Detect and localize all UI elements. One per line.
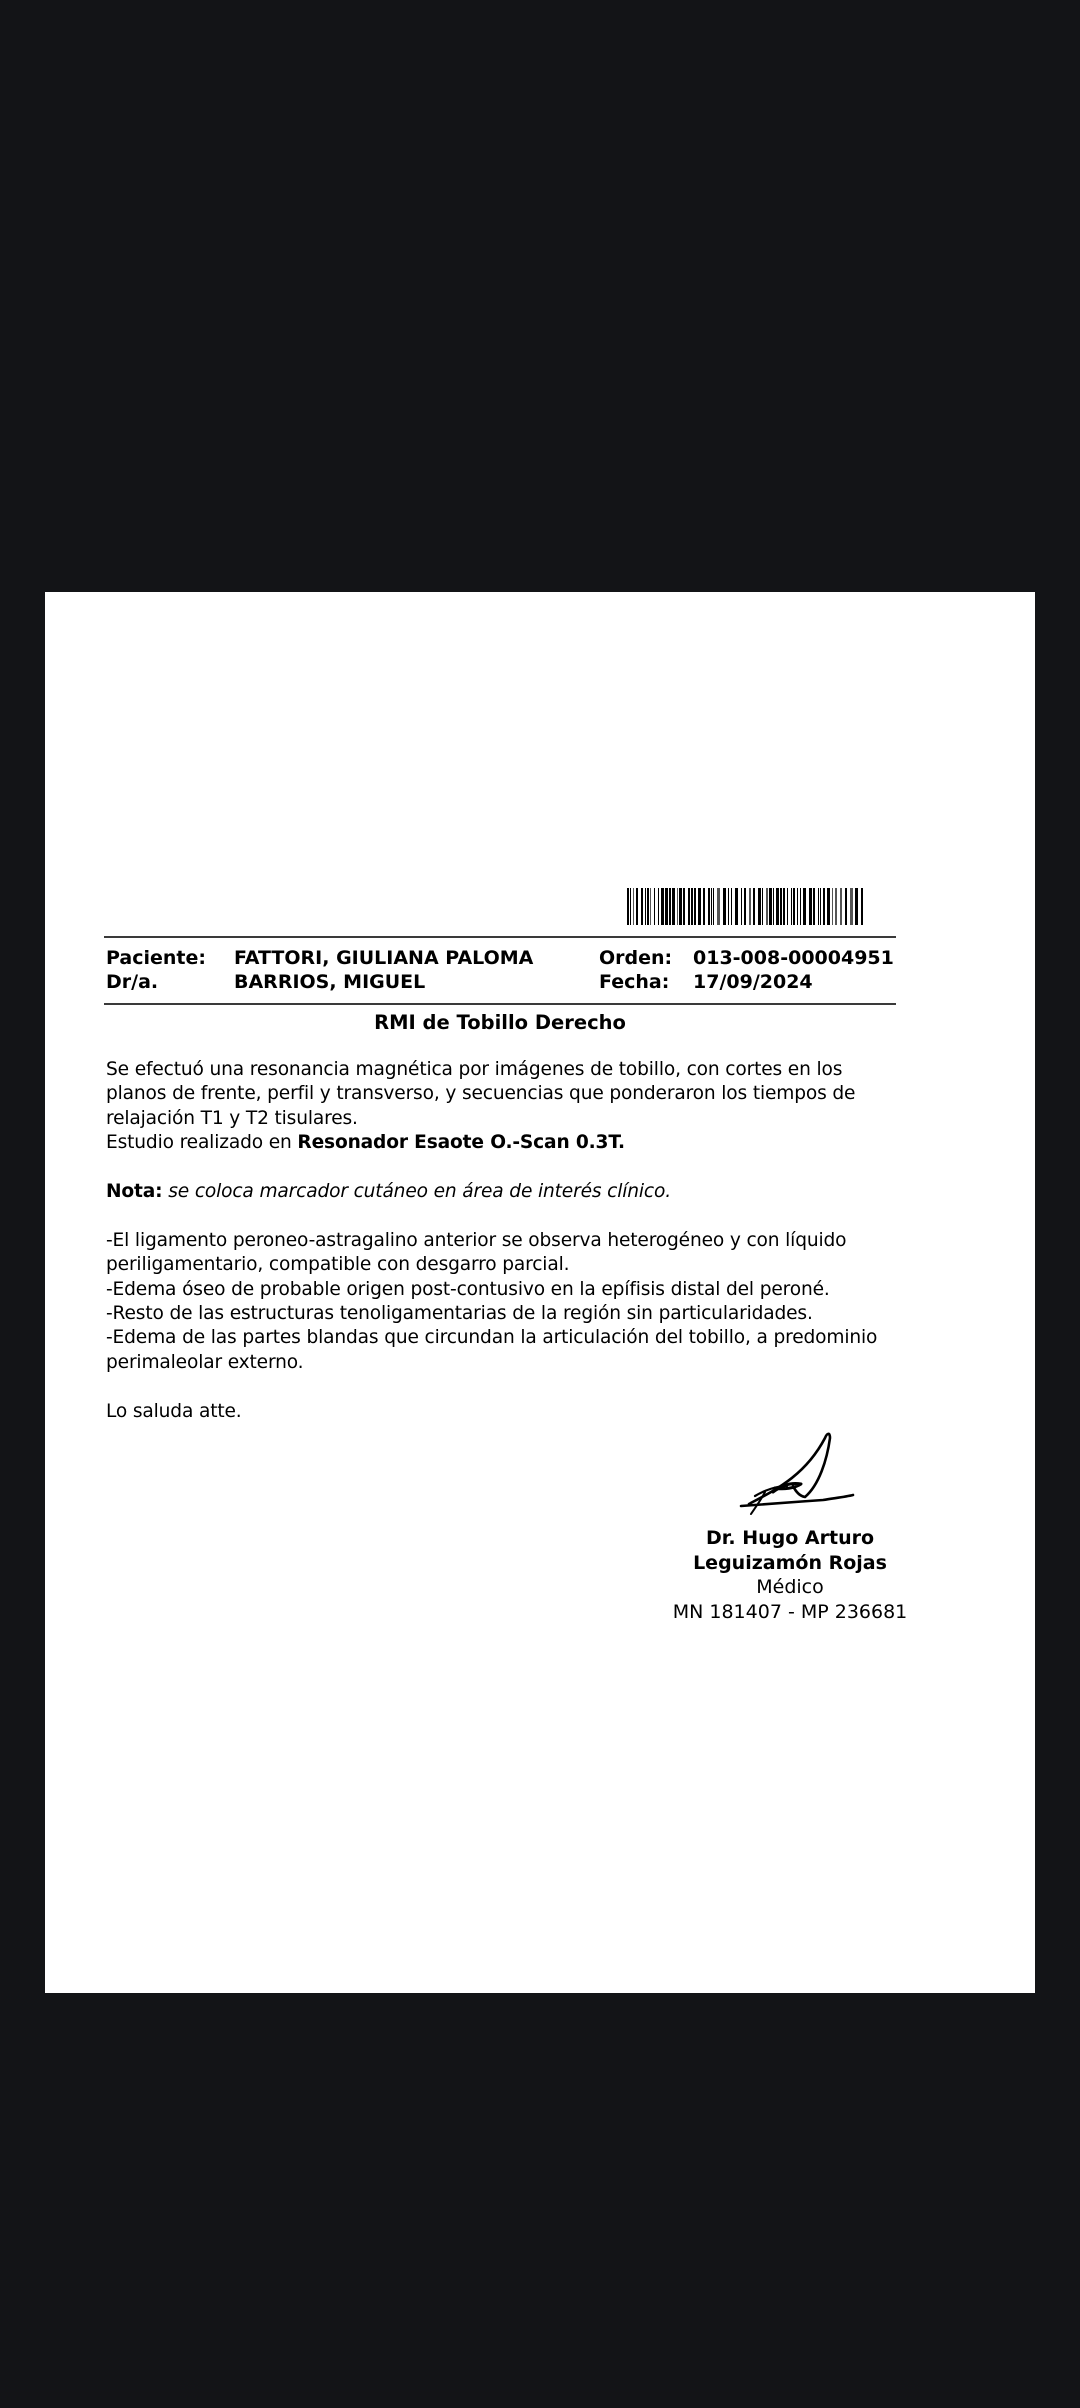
note-line: Nota: se coloca marcador cutáneo en área… — [106, 1180, 906, 1204]
report-body: Se efectuó una resonancia magnética por … — [106, 1058, 906, 1424]
study-device: Resonador Esaote O.-Scan 0.3T. — [297, 1132, 625, 1153]
note-label: Nota: — [106, 1181, 162, 1202]
report-page: Paciente: FATTORI, GIULIANA PALOMA Orden… — [45, 592, 1035, 1993]
header-top-rule — [104, 936, 896, 938]
physician-name-line2: Leguizamón Rojas — [665, 1551, 915, 1576]
study-prefix: Estudio realizado en — [106, 1132, 297, 1153]
signature-icon — [735, 1430, 865, 1520]
closing-line: Lo saluda atte. — [106, 1400, 906, 1424]
order-number: 013-008-00004951 — [693, 946, 894, 970]
physician-registration: MN 181407 - MP 236681 — [665, 1600, 915, 1625]
barcode-icon — [627, 888, 865, 925]
patient-name: FATTORI, GIULIANA PALOMA — [234, 946, 533, 970]
header-bottom-rule — [104, 1003, 896, 1005]
finding-item: -Edema óseo de probable origen post-cont… — [106, 1278, 906, 1302]
order-label: Orden: — [599, 946, 672, 970]
finding-item: -El ligamento peroneo-astragalino anteri… — [106, 1229, 906, 1278]
report-title: RMI de Tobillo Derecho — [104, 1010, 896, 1036]
header-row-doctor: Dr/a. BARRIOS, MIGUEL Fecha: 17/09/2024 — [106, 970, 906, 994]
finding-item: -Resto de las estructuras tenoligamentar… — [106, 1302, 906, 1326]
signature-block: Dr. Hugo Arturo Leguizamón Rojas Médico … — [665, 1526, 915, 1624]
study-device-line: Estudio realizado en Resonador Esaote O.… — [106, 1131, 906, 1155]
physician-name-line1: Dr. Hugo Arturo — [665, 1526, 915, 1551]
doctor-label: Dr/a. — [106, 970, 158, 994]
date-label: Fecha: — [599, 970, 669, 994]
finding-item: -Edema de las partes blandas que circund… — [106, 1326, 906, 1375]
referring-doctor: BARRIOS, MIGUEL — [234, 970, 425, 994]
header-row-patient: Paciente: FATTORI, GIULIANA PALOMA Orden… — [106, 946, 906, 970]
patient-label: Paciente: — [106, 946, 206, 970]
note-text: se coloca marcador cutáneo en área de in… — [168, 1181, 671, 1202]
report-date: 17/09/2024 — [693, 970, 813, 994]
physician-role: Médico — [665, 1575, 915, 1600]
intro-paragraph: Se efectuó una resonancia magnética por … — [106, 1058, 906, 1131]
